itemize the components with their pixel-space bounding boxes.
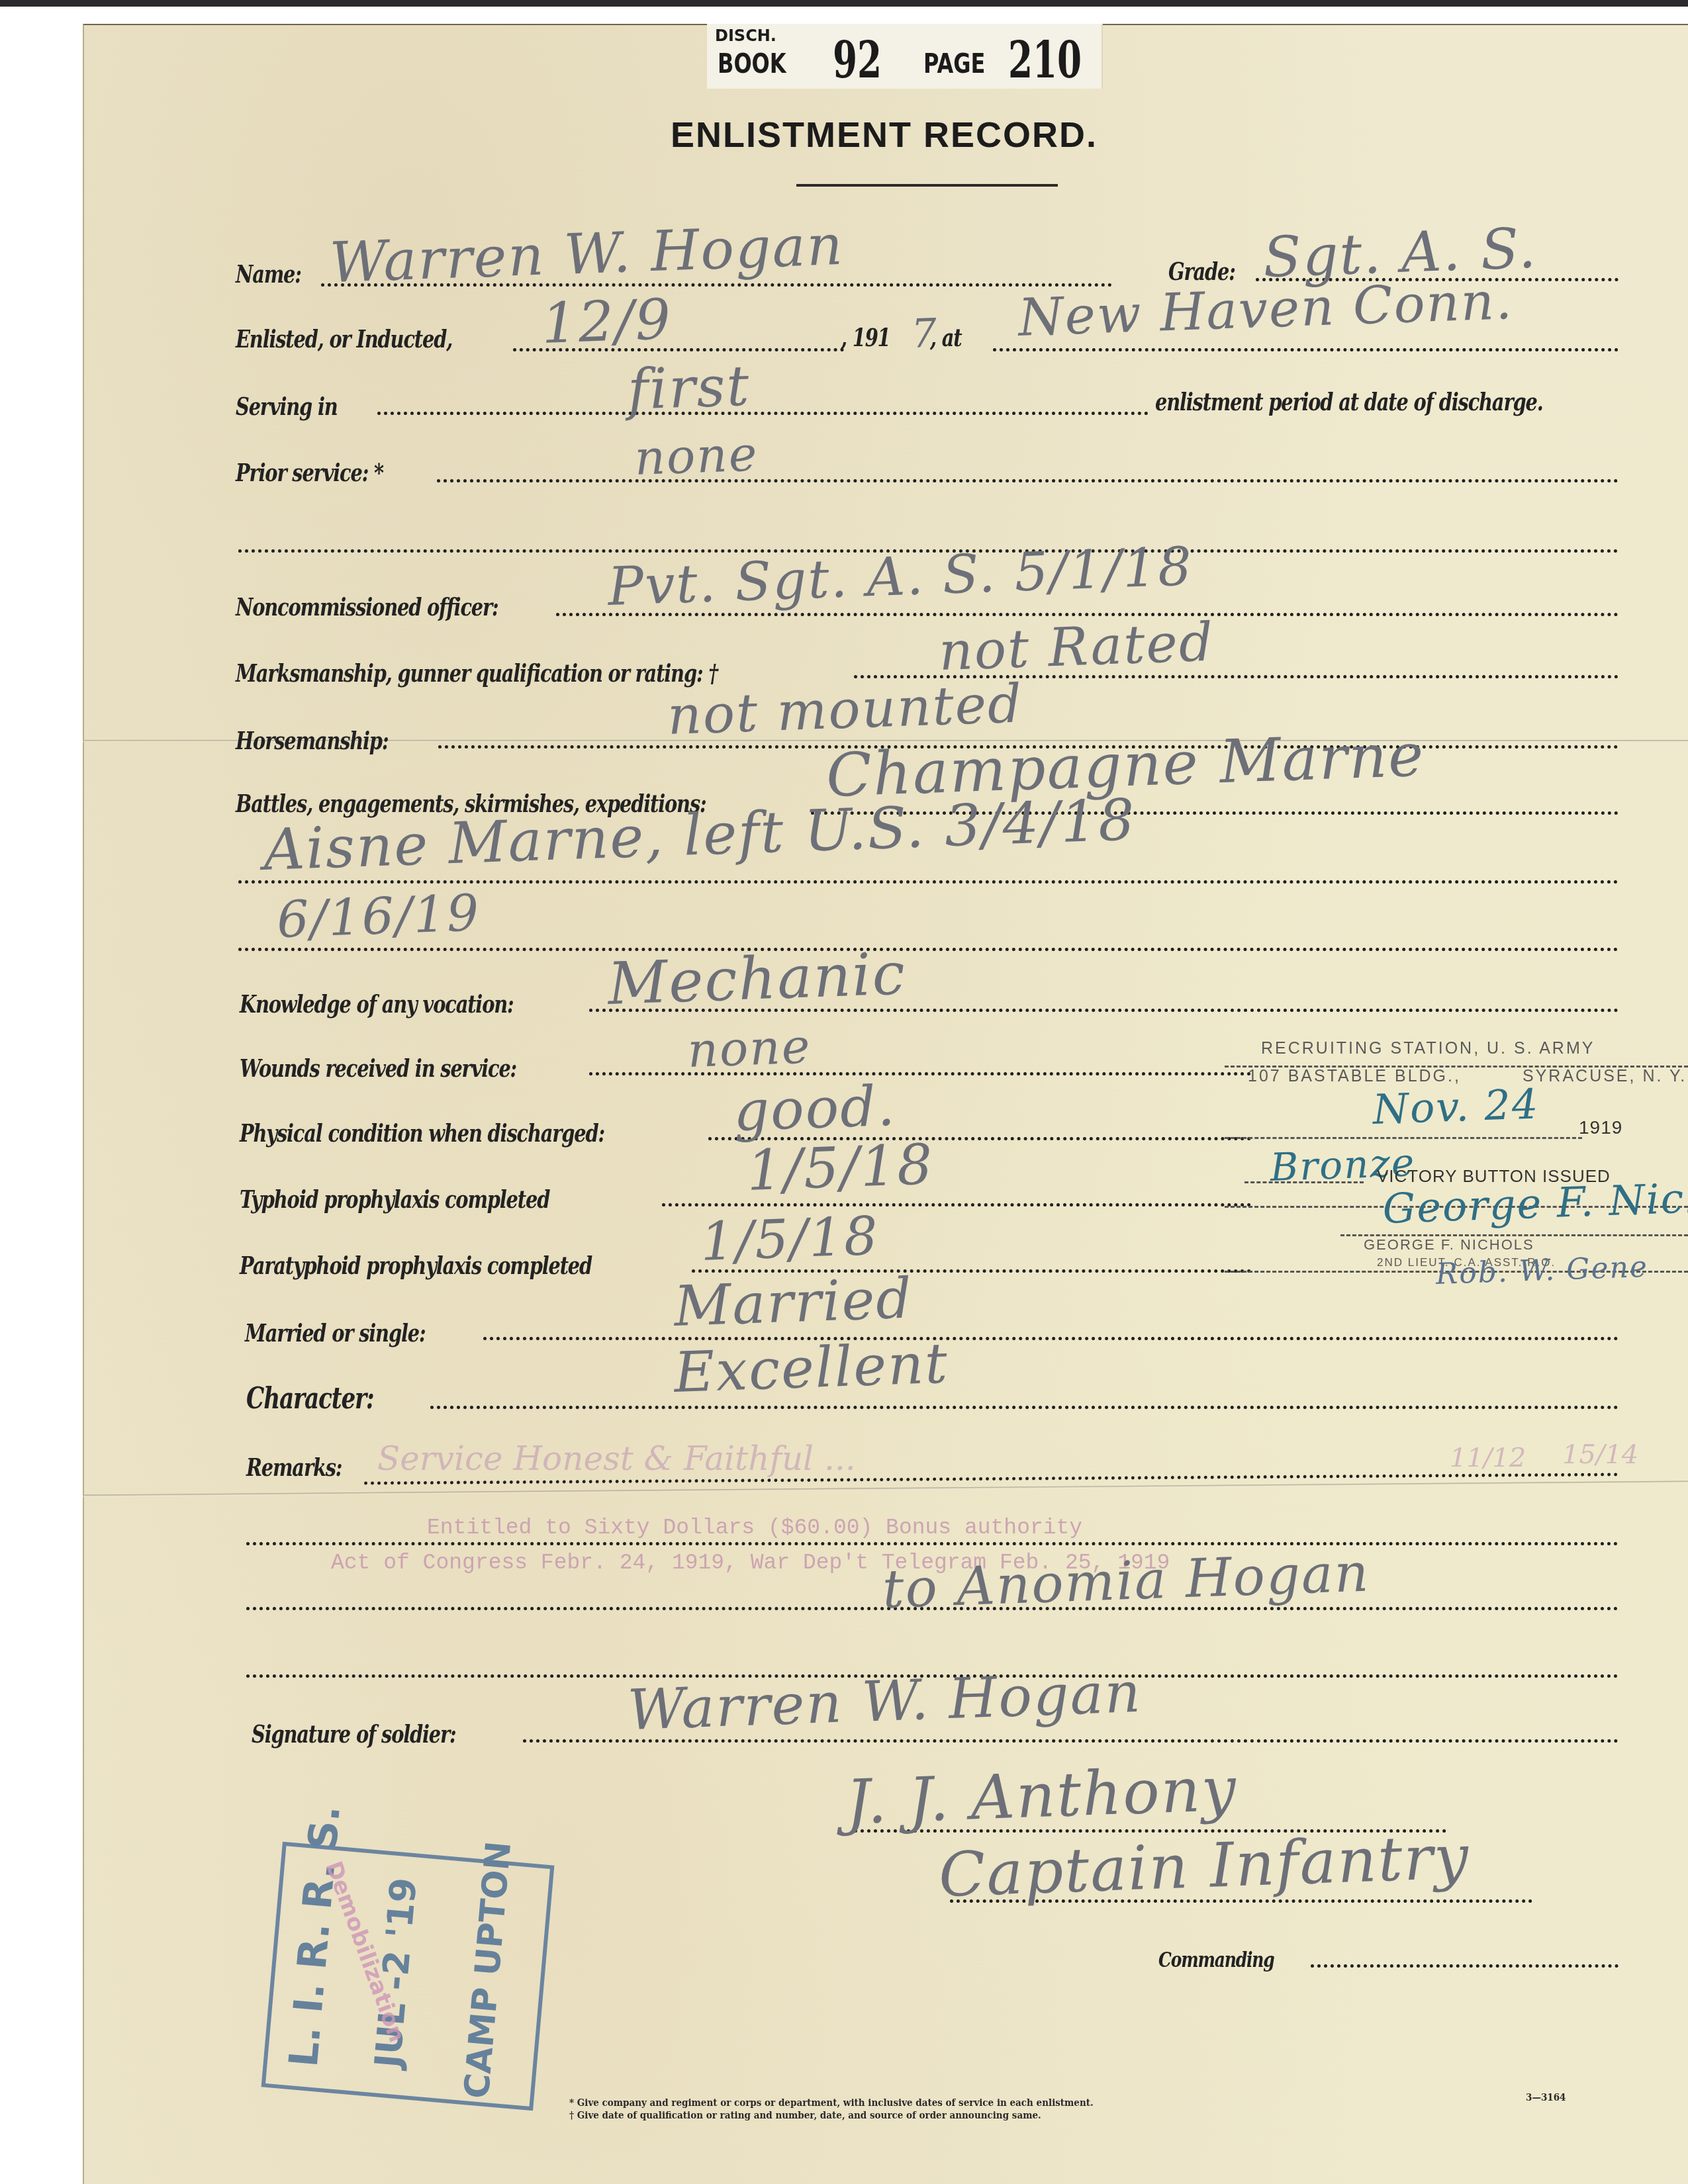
enlisted-label: Enlisted, or Inducted, [236, 324, 452, 353]
prior-service-value: none [633, 426, 759, 486]
vocation-value: Mechanic [606, 939, 907, 1018]
character-label: Character: [246, 1382, 373, 1416]
book-page-label: DISCH. BOOK 92 PAGE 210 [707, 24, 1103, 89]
document-title: ENLISTMENT RECORD. [671, 114, 1098, 156]
name-label: Name: [236, 259, 301, 289]
recruiting-date: Nov. 24 [1372, 1079, 1540, 1134]
enlisted-date: 12/9 [541, 287, 673, 356]
typhoid-label: Typhoid prophylaxis completed [240, 1185, 549, 1214]
officer-signature: J. J. Anthony [845, 1753, 1238, 1838]
battles-value-3: 6/16/19 [276, 883, 481, 949]
character-value: Excellent [673, 1331, 950, 1405]
serving-line [377, 412, 1149, 415]
page-number: 210 [1008, 30, 1082, 89]
serving-suffix: enlistment period at date of discharge. [1155, 387, 1543, 416]
married-label: Married or single: [245, 1318, 425, 1347]
physical-value: good. [733, 1073, 898, 1144]
commanding-line [1311, 1964, 1618, 1968]
married-line [483, 1337, 1618, 1340]
physical-label: Physical condition when discharged: [240, 1118, 604, 1148]
rs-rule-3 [1244, 1181, 1364, 1183]
paratyphoid-label: Paratyphoid prophylaxis completed [240, 1251, 592, 1280]
enlisted-at-label: , at [930, 323, 961, 352]
disch-prefix: DISCH. [715, 26, 776, 45]
marksmanship-label: Marksmanship, gunner qualification or ra… [236, 659, 718, 688]
remarks-faint-mark-1: 11/12 [1450, 1443, 1526, 1473]
serving-value: first [627, 353, 751, 422]
commanding-label: Commanding [1158, 1947, 1274, 1972]
remarks-faint-text: Service Honest & Faithful ... [377, 1439, 856, 1478]
serving-label: Serving in [236, 392, 338, 421]
bonus-typed-line-1: Entitled to Sixty Dollars ($60.00) Bonus… [427, 1516, 1082, 1540]
book-label: BOOK [718, 49, 786, 79]
signature-label: Signature of soldier: [252, 1719, 456, 1749]
married-value: Married [673, 1265, 914, 1339]
footnote-1: * Give company and regiment or corps or … [569, 2097, 1094, 2109]
typhoid-value: 1/5/18 [746, 1132, 935, 1203]
page-label: PAGE [923, 49, 985, 79]
recruiting-city: SYRACUSE, N. Y. [1523, 1067, 1687, 1086]
stamp-place: CAMP UPTON [457, 1840, 519, 2101]
wounds-label: Wounds received in service: [240, 1054, 516, 1083]
rs-rule-2 [1225, 1137, 1582, 1139]
battles-line-3 [238, 948, 1618, 951]
officer-nichols-name: GEORGE F. NICHOLS [1364, 1236, 1534, 1253]
typhoid-line [662, 1203, 1251, 1206]
book-number: 92 [833, 30, 882, 89]
prior-service-line [437, 479, 1618, 482]
remarks-line-2 [246, 1542, 1618, 1545]
wounds-value: none [686, 1019, 812, 1078]
character-line [430, 1406, 1618, 1409]
form-number: 3—3164 [1526, 2091, 1566, 2103]
nco-label: Noncommissioned officer: [236, 592, 498, 621]
prior-service-label: Prior service: * [236, 458, 383, 487]
marksmanship-value: not Rated [938, 612, 1215, 682]
title-underline [796, 184, 1058, 187]
recruiting-station-line: RECRUITING STATION, U. S. ARMY [1261, 1039, 1595, 1058]
stamp-line-1: L. I. R. R. S. [281, 1803, 350, 2069]
footnote-2: † Give date of qualification or rating a… [569, 2109, 1041, 2121]
scanner-edge [0, 0, 1688, 7]
camp-upton-stamp: L. I. R. R. S. JUL -2 '19 CAMP UPTON Dem… [261, 1842, 555, 2111]
remarks-label: Remarks: [246, 1453, 342, 1482]
horsemanship-label: Horsemanship: [236, 726, 388, 755]
vocation-label: Knowledge of any vocation: [240, 989, 514, 1019]
horsemanship-value: not mounted [667, 672, 1024, 747]
enlisted-year-prefix: , 191 [841, 323, 890, 352]
recruiting-year: 1919 [1579, 1117, 1622, 1138]
enlisted-place-line [993, 348, 1618, 351]
battles-line-2 [238, 880, 1618, 884]
paratyphoid-value: 1/5/18 [700, 1205, 880, 1273]
remarks-faint-mark-2: 15/14 [1562, 1439, 1638, 1470]
